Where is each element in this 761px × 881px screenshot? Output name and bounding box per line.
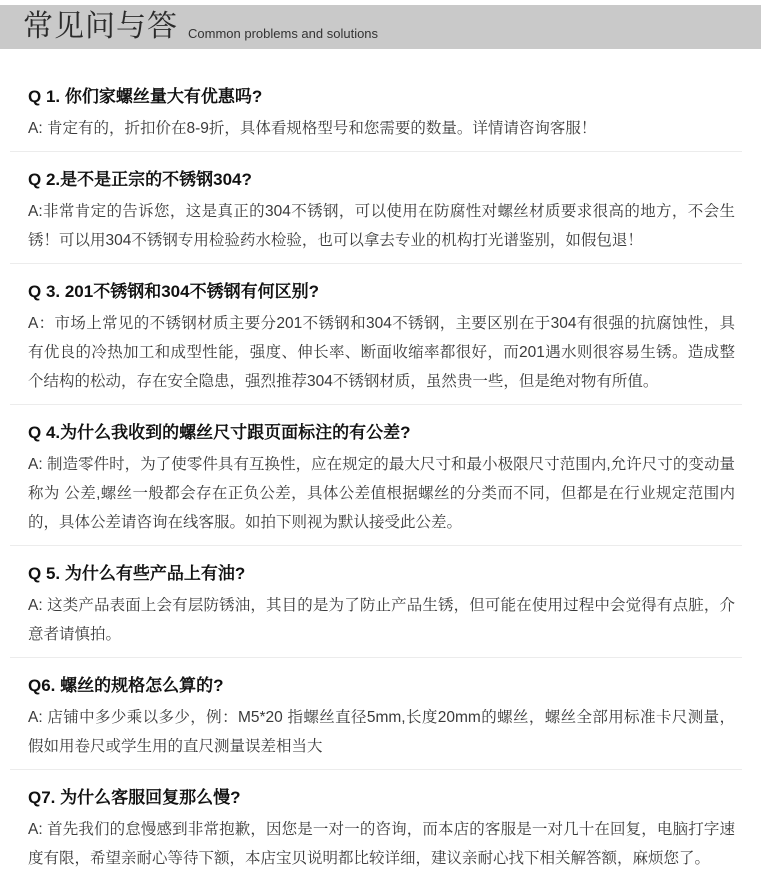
page-title: 常见问与答 (23, 12, 178, 42)
faq-question: Q 1. 你们家螺丝量大有优惠吗? (28, 87, 735, 107)
faq-item-6: Q6. 螺丝的规格怎么算的? A: 店铺中多少乘以多少，例：M5*20 指螺丝直… (0, 658, 761, 769)
faq-answer: A:非常肯定的告诉您，这是真正的304不锈钢，可以使用在防腐性对螺丝材质要求很高… (28, 197, 735, 255)
faq-item-5: Q 5. 为什么有些产品上有油? A: 这类产品表面上会有层防锈油，其目的是为了… (0, 546, 761, 657)
faq-question: Q6. 螺丝的规格怎么算的? (28, 676, 735, 696)
faq-answer: A: 这类产品表面上会有层防锈油，其目的是为了防止产品生锈，但可能在使用过程中会… (28, 591, 735, 649)
faq-list: Q 1. 你们家螺丝量大有优惠吗? A: 肯定有的，折扣价在8-9折，具体看规格… (0, 49, 761, 881)
faq-answer: A：市场上常见的不锈钢材质主要分201不锈钢和304不锈钢，主要区别在于304有… (28, 309, 735, 396)
faq-item-3: Q 3. 201不锈钢和304不锈钢有何区别? A：市场上常见的不锈钢材质主要分… (0, 264, 761, 404)
faq-question: Q 4.为什么我收到的螺丝尺寸跟页面标注的有公差? (28, 423, 735, 443)
header-banner: 常见问与答 Common problems and solutions (0, 5, 761, 49)
faq-question: Q7. 为什么客服回复那么慢? (28, 788, 735, 808)
faq-page: 常见问与答 Common problems and solutions Q 1.… (0, 5, 761, 881)
faq-item-7: Q7. 为什么客服回复那么慢? A: 首先我们的怠慢感到非常抱歉，因您是一对一的… (0, 770, 761, 881)
page-subtitle: Common problems and solutions (188, 27, 378, 40)
faq-question: Q 3. 201不锈钢和304不锈钢有何区别? (28, 282, 735, 302)
faq-item-1: Q 1. 你们家螺丝量大有优惠吗? A: 肯定有的，折扣价在8-9折，具体看规格… (0, 87, 761, 151)
faq-answer: A: 店铺中多少乘以多少，例：M5*20 指螺丝直径5mm,长度20mm的螺丝，… (28, 703, 735, 761)
faq-answer: A: 肯定有的，折扣价在8-9折，具体看规格型号和您需要的数量。详情请咨询客服！ (28, 114, 735, 143)
faq-item-2: Q 2.是不是正宗的不锈钢304? A:非常肯定的告诉您，这是真正的304不锈钢… (0, 152, 761, 263)
faq-question: Q 5. 为什么有些产品上有油? (28, 564, 735, 584)
faq-answer: A: 制造零件时，为了使零件具有互换性，应在规定的最大尺寸和最小极限尺寸范围内,… (28, 450, 735, 537)
faq-item-4: Q 4.为什么我收到的螺丝尺寸跟页面标注的有公差? A: 制造零件时，为了使零件… (0, 405, 761, 545)
faq-question: Q 2.是不是正宗的不锈钢304? (28, 170, 735, 190)
faq-answer: A: 首先我们的怠慢感到非常抱歉，因您是一对一的咨询，而本店的客服是一对几十在回… (28, 815, 735, 873)
